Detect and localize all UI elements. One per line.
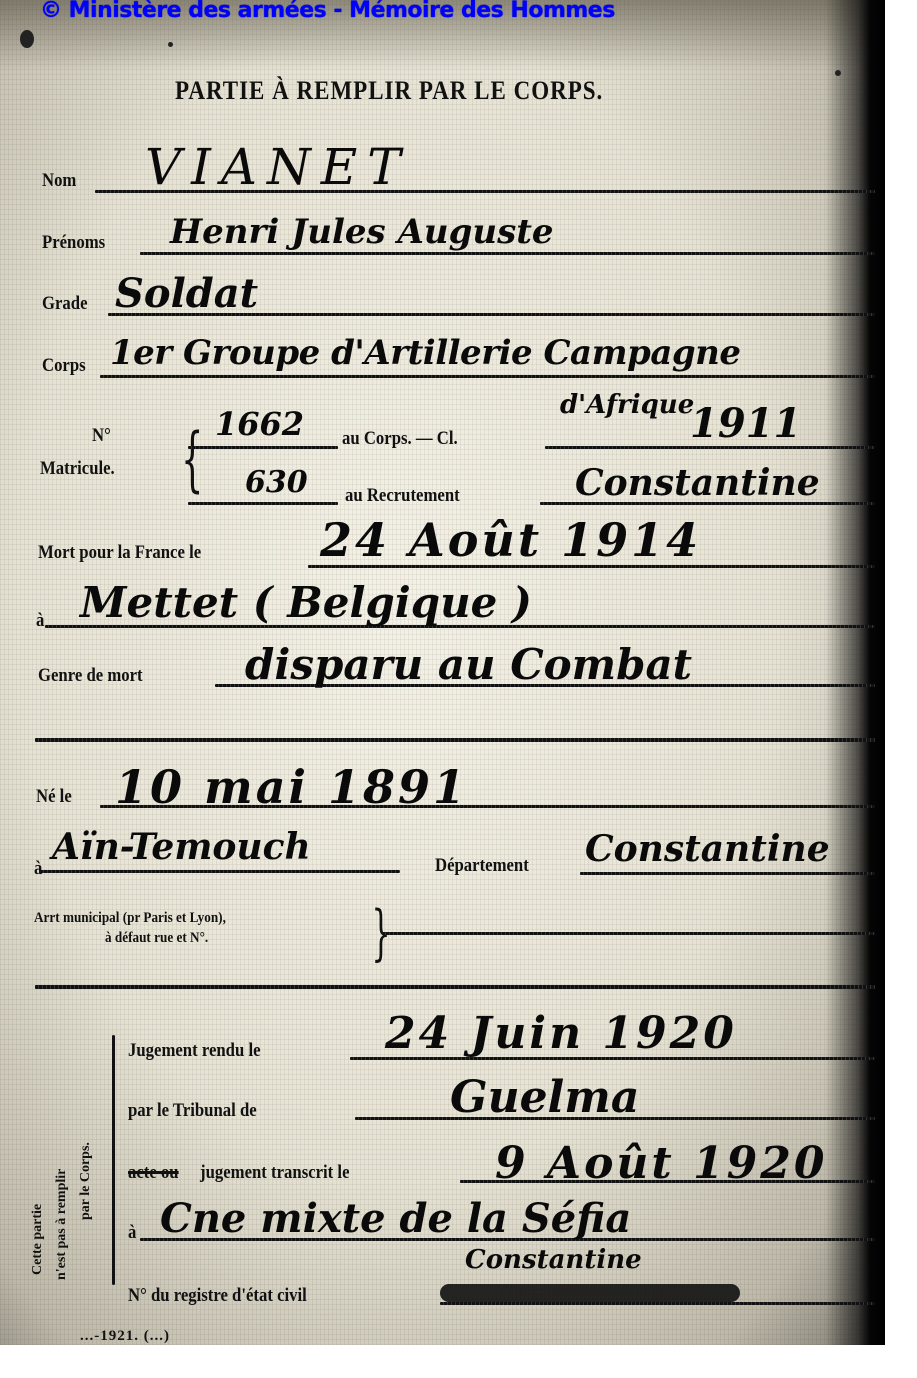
corps-number-value: 1662	[215, 405, 304, 443]
departement-label: Département	[435, 855, 529, 877]
transcrit-label: jugement transcrit le	[200, 1162, 350, 1184]
matricule-brace: {	[181, 418, 203, 500]
matricule-label: Matricule.	[40, 458, 115, 480]
grade-value: Soldat	[115, 270, 258, 317]
genre-mort-label: Genre de mort	[38, 665, 143, 687]
side-note-line1: Cette partie	[30, 1204, 46, 1275]
scan-edge	[825, 0, 885, 1345]
departement-line	[580, 872, 875, 875]
recrutement-label: au Recrutement	[345, 485, 460, 507]
corps-number-label: au Corps. — Cl.	[342, 428, 458, 450]
ink-spot	[835, 70, 841, 76]
mort-value: 24 Août 1914	[320, 513, 701, 567]
death-record-card: PARTIE À REMPLIR PAR LE CORPS. Nom VIANE…	[0, 0, 885, 1345]
ink-spot	[20, 30, 34, 48]
corps-value: 1er Groupe d'Artillerie Campagne	[110, 333, 740, 373]
naissance-value: 10 mai 1891	[115, 760, 468, 814]
corps-line	[100, 375, 875, 378]
mort-label: Mort pour la France le	[38, 542, 201, 564]
departement-value: Constantine	[585, 828, 830, 870]
copyright-watermark: © Ministère des armées - Mémoire des Hom…	[40, 0, 615, 23]
corps-number-line	[188, 446, 338, 449]
registre-label: N° du registre d'état civil	[128, 1285, 307, 1307]
form-header: PARTIE À REMPLIR PAR LE CORPS.	[175, 76, 603, 106]
recrutement-number-line	[188, 502, 338, 505]
blank-line	[35, 738, 875, 742]
ink-spot	[168, 42, 173, 47]
jugement-rendu-value: 24 Juin 1920	[385, 1008, 737, 1059]
corps-label: Corps	[42, 355, 86, 377]
arrondissement-label-line1: Arrt municipal (pr Paris et Lyon),	[34, 910, 226, 927]
registre-line	[440, 1302, 875, 1305]
lieu-naissance-prefix: à	[34, 858, 42, 880]
corps-value-continued: d'Afrique	[560, 390, 694, 420]
registre-ink-smear	[440, 1284, 740, 1302]
jugement-bracket	[112, 1035, 115, 1285]
section-divider	[35, 985, 875, 989]
transcription-place-prefix: à	[128, 1222, 136, 1244]
grade-label: Grade	[42, 293, 88, 315]
side-note-line2: n'est pas à remplir	[54, 1169, 70, 1280]
recrutement-number-value: 630	[245, 465, 308, 500]
prenoms-label: Prénoms	[42, 232, 105, 254]
classe-value: 1911	[690, 400, 801, 447]
arrondissement-label-line2: à défaut rue et N°.	[105, 930, 208, 947]
lieu-naissance-line	[40, 870, 400, 873]
tribunal-value: Guelma	[450, 1072, 639, 1123]
transcrit-value: 9 Août 1920	[495, 1138, 828, 1189]
side-note-line3: par le Corps.	[78, 1142, 94, 1220]
tribunal-label: par le Tribunal de	[128, 1100, 257, 1122]
genre-mort-value: disparu au Combat	[245, 640, 692, 689]
lieu-mort-value: Mettet ( Belgique )	[80, 578, 532, 627]
prenoms-value: Henri Jules Auguste	[170, 212, 554, 252]
numero-label: N°	[92, 425, 111, 447]
acte-struck-text: acte ou	[128, 1162, 179, 1184]
side-note: Cette partie n'est pas à remplir par le …	[20, 1070, 120, 1280]
arrondissement-line	[382, 932, 875, 935]
prenoms-line	[140, 252, 875, 255]
transcription-place-continued: Constantine	[465, 1245, 642, 1275]
nom-value: VIANET	[145, 138, 411, 196]
printer-imprint: ...-1921. (...)	[80, 1328, 170, 1345]
transcription-place-value: Cne mixte de la Séfia	[160, 1195, 631, 1242]
lieu-mort-prefix: à	[36, 610, 44, 632]
naissance-label: Né le	[36, 786, 72, 808]
lieu-naissance-value: Aïn-Temouch	[52, 826, 311, 868]
jugement-rendu-label: Jugement rendu le	[128, 1040, 261, 1062]
nom-label: Nom	[42, 170, 76, 192]
recrutement-value: Constantine	[575, 462, 820, 504]
